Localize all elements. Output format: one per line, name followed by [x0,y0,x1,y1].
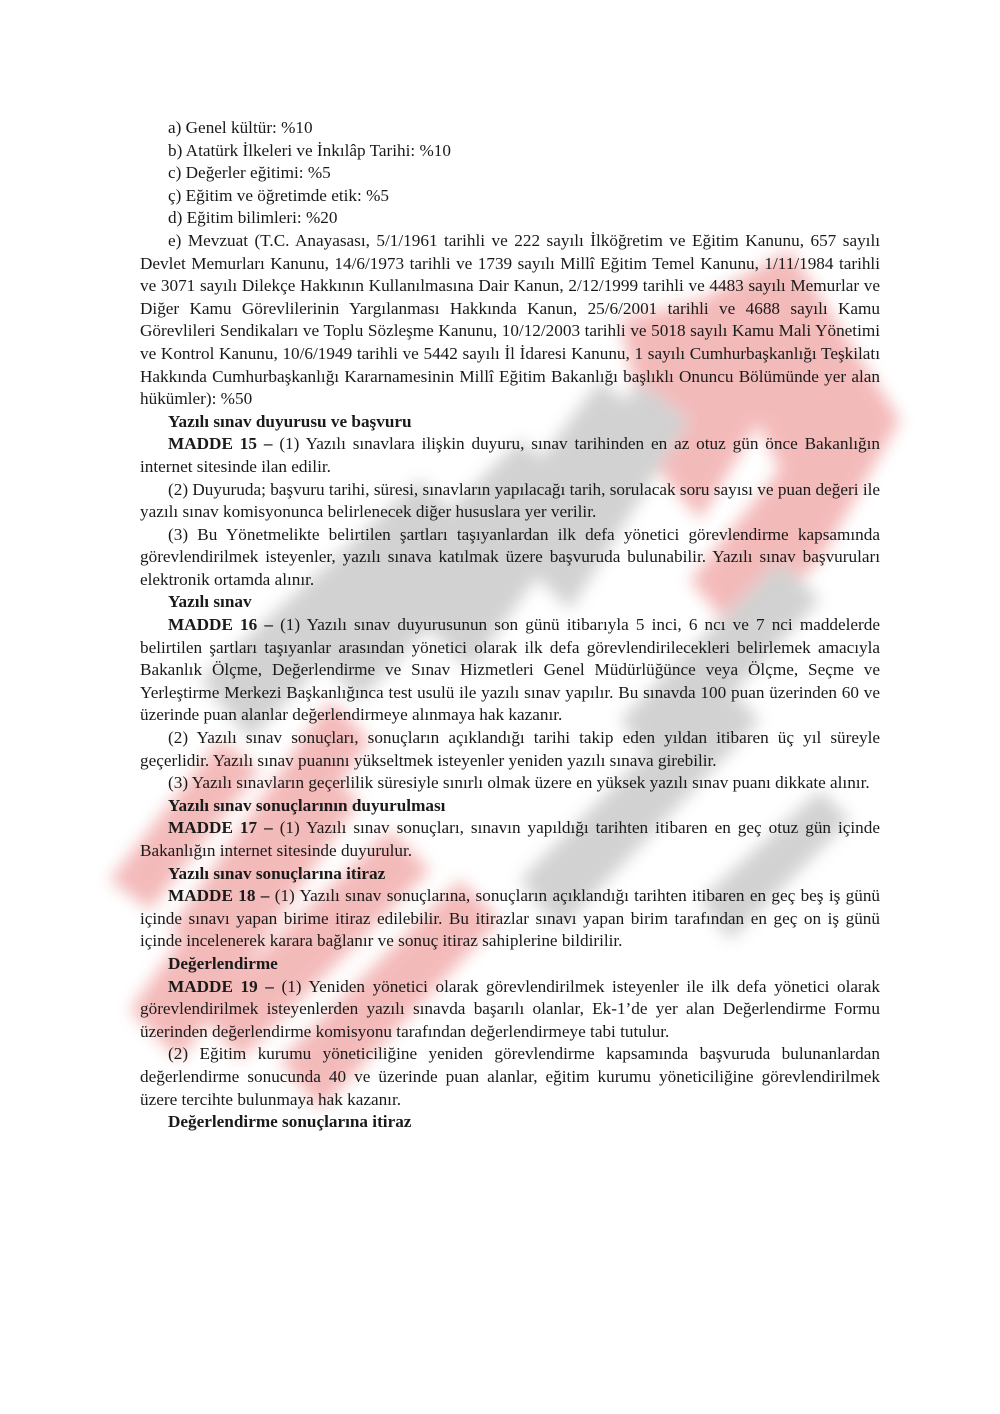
section-heading: Yazılı sınav sonuçlarının duyurulması [140,795,880,818]
article-paragraph: MADDE 17 – (1) Yazılı sınav sonuçları, s… [140,817,880,862]
article-paragraph: (2) Yazılı sınav sonuçları, sonuçların a… [140,727,880,772]
list-item-b: b) Atatürk İlkeleri ve İnkılâp Tarihi: %… [140,140,880,163]
list-item-cc: ç) Eğitim ve öğretimde etik: %5 [140,185,880,208]
article-paragraph: MADDE 15 – (1) Yazılı sınavlara ilişkin … [140,433,880,478]
article-label: MADDE 15 – [168,434,272,453]
article-paragraph: (2) Duyuruda; başvuru tarihi, süresi, sı… [140,479,880,524]
article-paragraph: MADDE 18 – (1) Yazılı sınav sonuçlarına,… [140,885,880,953]
article-label: MADDE 17 – [168,818,273,837]
article-label: MADDE 18 – [168,886,269,905]
article-label: MADDE 16 – [168,615,273,634]
article-paragraph: (3) Bu Yönetmelikte belirtilen şartları … [140,524,880,592]
article-paragraph: MADDE 19 – (1) Yeniden yönetici olarak g… [140,976,880,1044]
section-heading: Yazılı sınav [140,591,880,614]
article-paragraph: MADDE 16 – (1) Yazılı sınav duyurusunun … [140,614,880,727]
article-paragraph: (3) Yazılı sınavların geçerlilik süresiy… [140,772,880,795]
section-heading: Değerlendirme [140,953,880,976]
list-item-e: e) Mevzuat (T.C. Anayasası, 5/1/1961 tar… [140,230,880,411]
section-heading: Yazılı sınav sonuçlarına itiraz [140,863,880,886]
section-heading: Değerlendirme sonuçlarına itiraz [140,1111,880,1134]
section-heading: Yazılı sınav duyurusu ve başvuru [140,411,880,434]
list-item-a: a) Genel kültür: %10 [140,117,880,140]
list-item-c: c) Değerler eğitimi: %5 [140,162,880,185]
document-page: a) Genel kültür: %10 b) Atatürk İlkeleri… [140,117,880,1134]
article-label: MADDE 19 – [168,977,274,996]
article-paragraph: (2) Eğitim kurumu yöneticiliğine yeniden… [140,1043,880,1111]
list-item-d: d) Eğitim bilimleri: %20 [140,207,880,230]
